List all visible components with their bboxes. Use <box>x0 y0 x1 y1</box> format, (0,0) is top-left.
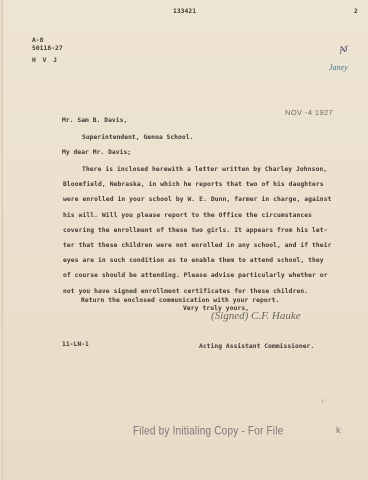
addressee-name: Mr. Sam B. Davis, <box>62 117 127 125</box>
reference-code-2: 50118-27 <box>32 45 63 53</box>
body-line: Bloomfield, Nebraska, in which he report… <box>63 181 324 188</box>
handwritten-check-mark: k <box>336 425 341 435</box>
body-line: covering the enrollment of these two gir… <box>63 227 328 234</box>
letter-page: 133421 2 A-8 50118-27 H V J Ar Janey NOV… <box>2 0 368 480</box>
body-line: eyes are in such condition as to enable … <box>63 257 324 264</box>
handwritten-name-note: Janey <box>329 63 348 72</box>
signer-title: Acting Assistant Commissioner. <box>199 343 314 351</box>
typist-initials: H V J <box>32 57 58 65</box>
body-line: not you have signed enrollment certifica… <box>63 288 308 295</box>
salutation: My dear Mr. Davis; <box>62 149 131 157</box>
date-stamp: NOV -4 1927 <box>285 108 333 117</box>
body-line: of course should be attending. Please ad… <box>63 272 328 279</box>
body-line: There is inclosed herewith a letter writ… <box>82 166 327 173</box>
body-line: his will. Will you please report to the … <box>63 212 312 219</box>
document-number: 133421 <box>173 8 196 16</box>
reference-code-1: A-8 <box>32 37 44 45</box>
handwritten-initial-mark: Ar <box>337 42 351 56</box>
body-line: ter that these children were not enrolle… <box>63 242 331 249</box>
page-number: 2 <box>354 8 358 16</box>
addressee-title: Superintendent, Genoa School. <box>82 134 193 142</box>
postscript: Return the enclosed communication with y… <box>81 297 279 304</box>
file-stamp: Filed by Initialing Copy - For File <box>133 425 283 438</box>
footer-code: 11-LN-1 <box>62 341 89 349</box>
body-line: were enrolled in your school by W. E. Du… <box>63 196 331 203</box>
tick-mark-icon: ✓ <box>320 398 326 406</box>
signature: (Signed) C.F. Hauke <box>211 310 301 322</box>
